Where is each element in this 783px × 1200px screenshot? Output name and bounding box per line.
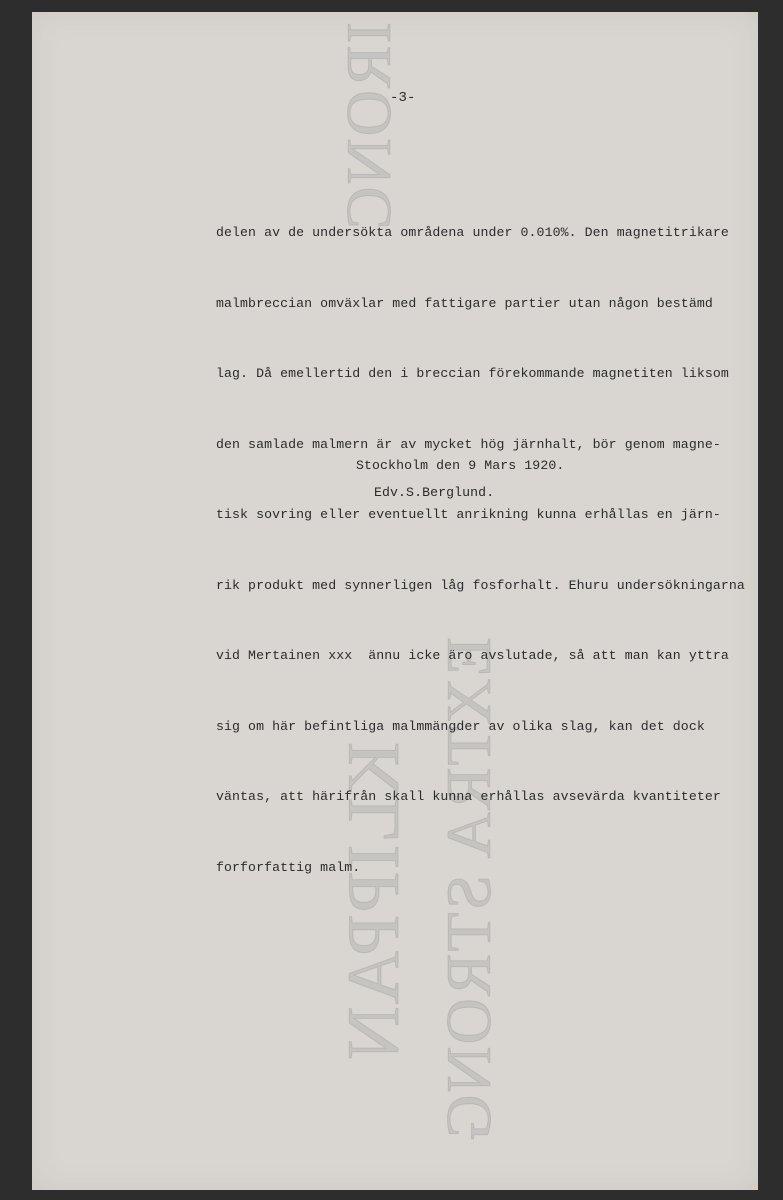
body-line: vid Mertainen xxx ännu icke äro avslutad… bbox=[216, 644, 745, 668]
body-line: delen av de undersökta områdena under 0.… bbox=[216, 221, 745, 245]
body-line: rik produkt med synnerligen låg fosforha… bbox=[216, 574, 745, 598]
document-page: IRONC EXTRA STRONG KLIPPAN -3- delen av … bbox=[32, 12, 758, 1190]
body-line: den samlade malmern är av mycket hög jär… bbox=[216, 433, 745, 457]
date-line: Stockholm den 9 Mars 1920. bbox=[356, 458, 564, 473]
body-line: sig om här befintliga malmmängder av oli… bbox=[216, 715, 745, 739]
body-text: delen av de undersökta områdena under 0.… bbox=[216, 174, 745, 926]
body-line: tisk sovring eller eventuellt anrikning … bbox=[216, 503, 745, 527]
body-line: malmbreccian omväxlar med fattigare part… bbox=[216, 292, 745, 316]
body-line: forforfattig malm. bbox=[216, 856, 745, 880]
page-number: -3- bbox=[390, 90, 416, 106]
body-line: väntas, att härifrån skall kunna erhålla… bbox=[216, 785, 745, 809]
body-line: lag. Då emellertid den i breccian föreko… bbox=[216, 362, 745, 386]
signature: Edv.S.Berglund. bbox=[374, 485, 494, 500]
